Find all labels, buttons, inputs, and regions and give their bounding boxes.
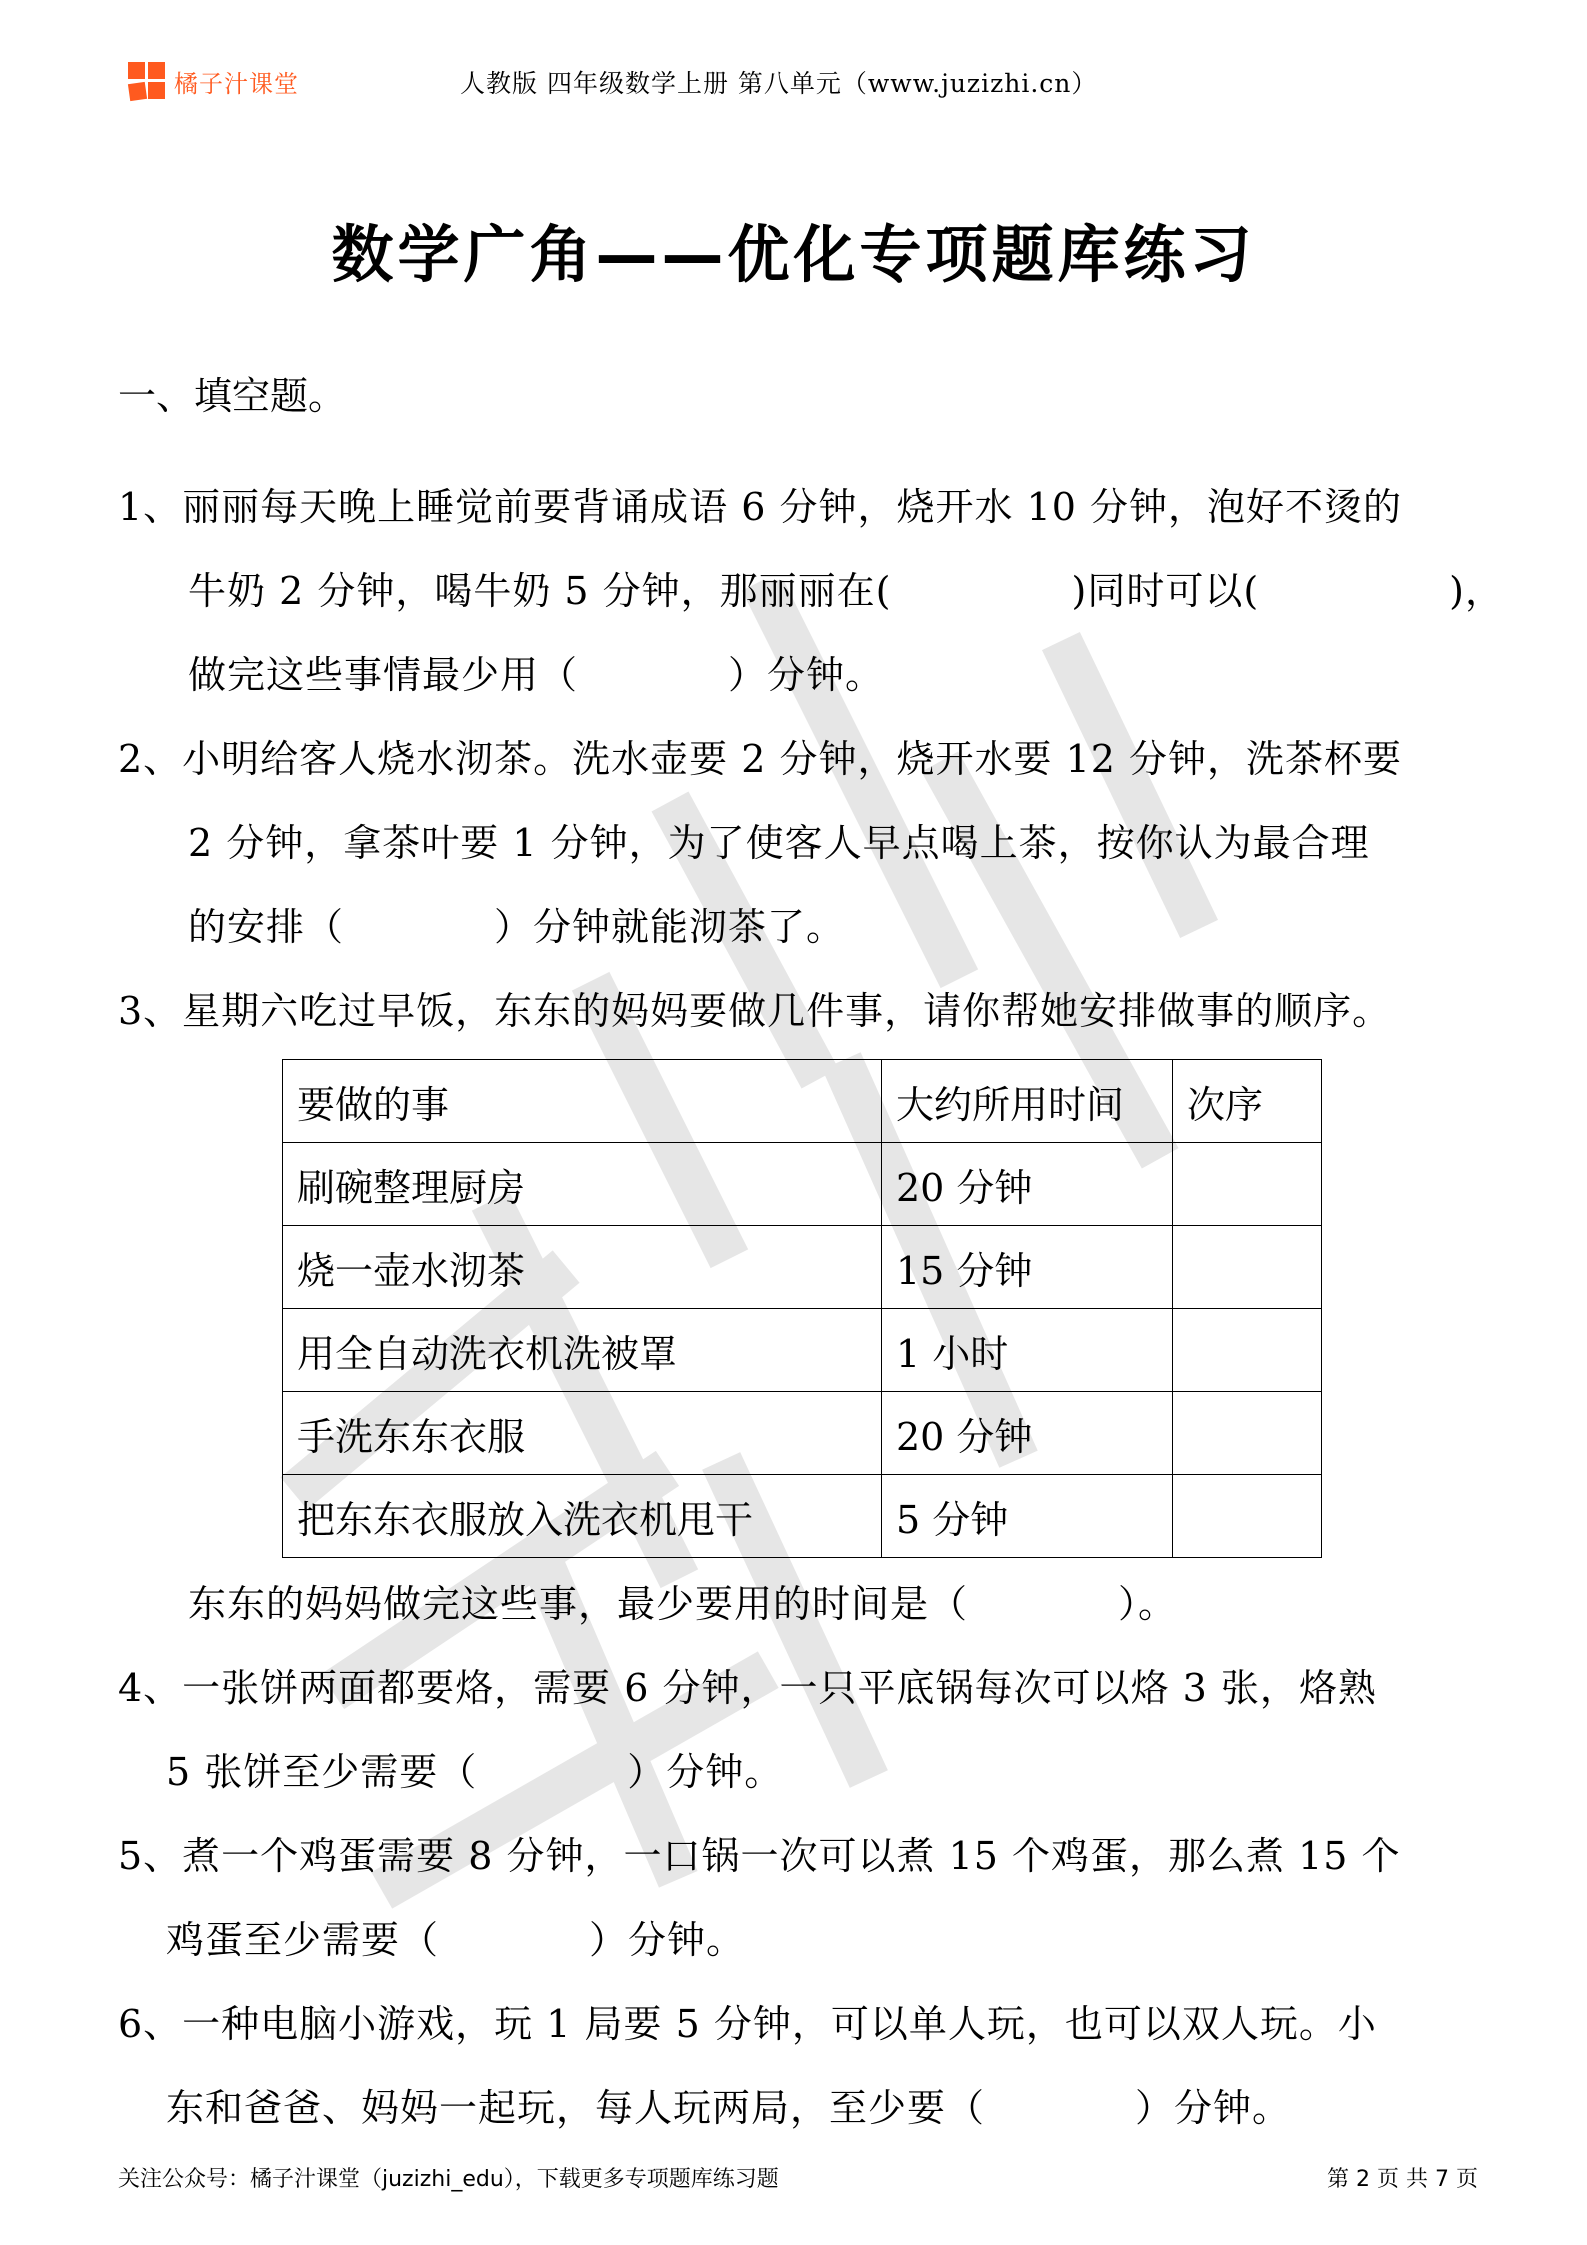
q6-text-a: 东和爸爸、妈妈一起玩，每人玩两局，至少要（ — [166, 2086, 985, 2130]
q1-text-e: ）分钟。 — [728, 653, 884, 697]
question-1-line-3: 做完这些事情最少用（）分钟。 — [118, 633, 1478, 717]
task-table: 要做的事 大约所用时间 次序 刷碗整理厨房 20 分钟 烧一壶水沏茶 15 分钟… — [282, 1059, 1322, 1558]
task-name: 刷碗整理厨房 — [283, 1143, 882, 1226]
header-title: 人教版 四年级数学上册 第八单元（www.juzizhi.cn） — [460, 64, 1097, 100]
q1-text-c: )， — [1449, 569, 1504, 613]
q2-text-a: 的安排（ — [188, 905, 344, 949]
task-duration: 20 分钟 — [882, 1143, 1173, 1226]
question-3-answer-line: 东东的妈妈做完这些事，最少要用的时间是（）。 — [118, 1562, 1478, 1646]
task-duration: 5 分钟 — [882, 1475, 1173, 1558]
question-5-line-2: 鸡蛋至少需要（）分钟。 — [118, 1898, 1478, 1982]
q4-text-b: ）分钟。 — [627, 1750, 783, 1794]
table-header: 大约所用时间 — [882, 1060, 1173, 1143]
table-row: 刷碗整理厨房 20 分钟 — [283, 1143, 1322, 1226]
question-5-line-1: 5、煮一个鸡蛋需要 8 分钟，一口锅一次可以煮 15 个鸡蛋，那么煮 15 个 — [118, 1814, 1478, 1898]
question-2: 2、小明给客人烧水沏茶。洗水壶要 2 分钟，烧开水要 12 分钟，洗茶杯要 2 … — [118, 717, 1478, 969]
q5-text-b: ）分钟。 — [589, 1918, 745, 1962]
page-number: 第 2 页 共 7 页 — [1327, 2162, 1478, 2193]
order-cell[interactable] — [1173, 1143, 1322, 1226]
question-2-line-3: 的安排（）分钟就能沏茶了。 — [118, 885, 1478, 969]
task-name: 用全自动洗衣机洗被罩 — [283, 1309, 882, 1392]
question-list: 1、丽丽每天晚上睡觉前要背诵成语 6 分钟，烧开水 10 分钟，泡好不烫的 牛奶… — [118, 465, 1478, 2150]
order-cell[interactable] — [1173, 1309, 1322, 1392]
question-2-line-2: 2 分钟，拿茶叶要 1 分钟，为了使客人早点喝上茶，按你认为最合理 — [118, 801, 1478, 885]
table-header-row: 要做的事 大约所用时间 次序 — [283, 1060, 1322, 1143]
q1-text-a: 牛奶 2 分钟，喝牛奶 5 分钟，那丽丽在( — [188, 569, 892, 613]
table-row: 烧一壶水沏茶 15 分钟 — [283, 1226, 1322, 1309]
question-6-line-2: 东和爸爸、妈妈一起玩，每人玩两局，至少要（）分钟。 — [118, 2066, 1478, 2150]
q5-text-a: 鸡蛋至少需要（ — [166, 1918, 439, 1962]
q3-text-a: 东东的妈妈做完这些事，最少要用的时间是（ — [188, 1582, 968, 1626]
question-3: 3、星期六吃过早饭，东东的妈妈要做几件事，请你帮她安排做事的顺序。 要做的事 大… — [118, 969, 1478, 1646]
q6-text-b: ）分钟。 — [1135, 2086, 1291, 2130]
q1-text-d: 做完这些事情最少用（ — [188, 653, 578, 697]
table-row: 用全自动洗衣机洗被罩 1 小时 — [283, 1309, 1322, 1392]
order-cell[interactable] — [1173, 1226, 1322, 1309]
section-heading: 一、填空题。 — [118, 365, 346, 420]
q3-text-b: ）。 — [1118, 1582, 1177, 1626]
page-title: 数学广角——优化专项题库练习 — [0, 205, 1587, 294]
task-duration: 20 分钟 — [882, 1392, 1173, 1475]
question-5: 5、煮一个鸡蛋需要 8 分钟，一口锅一次可以煮 15 个鸡蛋，那么煮 15 个 … — [118, 1814, 1478, 1982]
table-row: 把东东衣服放入洗衣机甩干 5 分钟 — [283, 1475, 1322, 1558]
question-4-line-2: 5 张饼至少需要（）分钟。 — [118, 1730, 1478, 1814]
task-name: 把东东衣服放入洗衣机甩干 — [283, 1475, 882, 1558]
order-cell[interactable] — [1173, 1475, 1322, 1558]
brand-logo: 橘子汁课堂 — [128, 62, 299, 100]
question-1-line-2: 牛奶 2 分钟，喝牛奶 5 分钟，那丽丽在()同时可以()， — [118, 549, 1478, 633]
table-header: 要做的事 — [283, 1060, 882, 1143]
q4-text-a: 5 张饼至少需要（ — [166, 1750, 477, 1794]
question-1-line-1: 1、丽丽每天晚上睡觉前要背诵成语 6 分钟，烧开水 10 分钟，泡好不烫的 — [118, 465, 1478, 549]
question-6-line-1: 6、一种电脑小游戏，玩 1 局要 5 分钟，可以单人玩，也可以双人玩。小 — [118, 1982, 1478, 2066]
task-duration: 15 分钟 — [882, 1226, 1173, 1309]
task-name: 手洗东东衣服 — [283, 1392, 882, 1475]
question-6: 6、一种电脑小游戏，玩 1 局要 5 分钟，可以单人玩，也可以双人玩。小 东和爸… — [118, 1982, 1478, 2150]
logo-text: 橘子汁课堂 — [174, 64, 299, 99]
q1-text-b: )同时可以( — [1072, 569, 1260, 613]
footer-promo: 关注公众号：橘子汁课堂（juzizhi_edu），下载更多专项题库练习题 — [118, 2162, 779, 2193]
table-row: 手洗东东衣服 20 分钟 — [283, 1392, 1322, 1475]
question-4: 4、一张饼两面都要烙，需要 6 分钟，一只平底锅每次可以烙 3 张，烙熟 5 张… — [118, 1646, 1478, 1814]
logo-squares-icon — [128, 62, 166, 100]
question-1: 1、丽丽每天晚上睡觉前要背诵成语 6 分钟，烧开水 10 分钟，泡好不烫的 牛奶… — [118, 465, 1478, 717]
page-footer: 关注公众号：橘子汁课堂（juzizhi_edu），下载更多专项题库练习题 第 2… — [118, 2162, 1478, 2193]
question-3-line-1: 3、星期六吃过早饭，东东的妈妈要做几件事，请你帮她安排做事的顺序。 — [118, 969, 1478, 1053]
q2-text-b: ）分钟就能沏茶了。 — [494, 905, 845, 949]
task-name: 烧一壶水沏茶 — [283, 1226, 882, 1309]
page-header: 橘子汁课堂 人教版 四年级数学上册 第八单元（www.juzizhi.cn） — [0, 0, 1587, 110]
question-2-line-1: 2、小明给客人烧水沏茶。洗水壶要 2 分钟，烧开水要 12 分钟，洗茶杯要 — [118, 717, 1478, 801]
task-duration: 1 小时 — [882, 1309, 1173, 1392]
question-4-line-1: 4、一张饼两面都要烙，需要 6 分钟，一只平底锅每次可以烙 3 张，烙熟 — [118, 1646, 1478, 1730]
order-cell[interactable] — [1173, 1392, 1322, 1475]
table-header: 次序 — [1173, 1060, 1322, 1143]
